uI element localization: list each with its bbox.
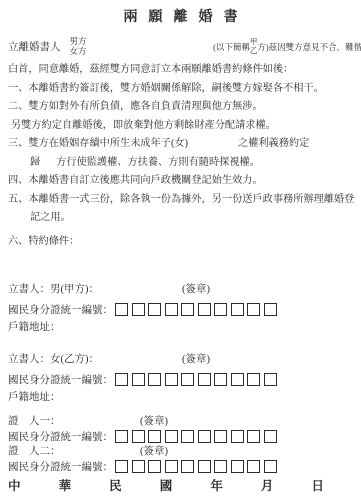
abbr-stack: 甲 乙: [250, 38, 258, 55]
witness1-row: 證 人一： (簽章): [8, 414, 353, 429]
clause-2-continued: 另雙方約定自離婚後，即放棄對他方剩餘財產分配請求權。: [8, 117, 353, 136]
address-label: 戶籍地址：: [8, 392, 61, 403]
divorce-agreement-document: 兩願離婚書 立離婚書人 男方 女方 (以下簡稱 甲 乙 方)茲因雙方意見不合，難…: [0, 0, 361, 500]
date-char-month: 月: [261, 477, 274, 495]
date-char-day: 日: [311, 477, 324, 495]
id-digit-box: [148, 373, 161, 386]
clause-3-text: 三、雙方在婚姻存續中所生未成年子(女): [8, 138, 188, 149]
id-digit-box: [165, 373, 178, 386]
id-digit-box: [198, 303, 211, 316]
id-number-label: 國民身分證統一編號：: [8, 372, 113, 387]
male-signer-label: 立書人：男(甲方)：: [8, 284, 99, 295]
id-digit-box: [165, 460, 178, 473]
id-number-label: 國民身分證統一編號：: [8, 429, 113, 444]
witness1-label: 證 人一：: [8, 416, 61, 427]
id-digit-box: [115, 373, 128, 386]
id-digit-box: [231, 303, 244, 316]
parties-header: 立離婚書人 男方 女方 (以下簡稱 甲 乙 方)茲因雙方意見不合，難偕: [8, 34, 353, 58]
id-digit-box: [165, 430, 178, 443]
male-signer-row: 立書人：男(甲方)： (簽章): [8, 282, 353, 298]
id-digit-box: [214, 373, 227, 386]
date-char-guo: 國: [160, 477, 173, 495]
id-digit-box: [198, 460, 211, 473]
preamble-line: 白首，同意離婚，茲經雙方同意訂立本兩願離婚書約條件如後：: [8, 61, 353, 80]
maker-section: 立離婚書人 男方 女方: [8, 36, 87, 56]
clause-1: 一、本離婚書約簽訂後，雙方婚姻關係解除，嗣後雙方嫁娶各不相干。: [8, 80, 353, 99]
address-label: 戶籍地址：: [8, 322, 61, 333]
abbr-prefix: (以下簡稱: [213, 41, 250, 53]
seal-label: (簽章): [182, 352, 210, 368]
clause-6: 六、特約條件：: [8, 233, 353, 252]
id-digit-box: [214, 430, 227, 443]
clause-3-line2: 歸方行使監護權、方扶養、方則有隨時探視權。: [8, 154, 353, 173]
seal-label: (簽章): [140, 414, 168, 429]
abbr-female-label: 乙: [250, 47, 258, 56]
maker-label: 立離婚書人: [8, 39, 61, 54]
abbreviation-note: (以下簡稱 甲 乙 方)茲因雙方意見不合，難偕: [213, 38, 361, 55]
id-digit-box: [214, 303, 227, 316]
id-digit-box: [115, 303, 128, 316]
id-digit-box: [231, 430, 244, 443]
clause-2: 二、雙方如對外有所負債，應各自負責清理與他方無涉。: [8, 98, 353, 117]
witness2-row: 證 人二： (簽章): [8, 444, 353, 459]
id-digit-box: [132, 430, 145, 443]
party-male-label: 男方: [70, 36, 87, 46]
id-boxes: [115, 373, 280, 386]
female-address-row: 戶籍地址：: [8, 390, 353, 406]
id-digit-box: [181, 303, 194, 316]
id-digit-box: [132, 303, 145, 316]
id-boxes: [115, 460, 280, 473]
signature-section: 立書人：男(甲方)： (簽章) 國民身分證統一編號： 戶籍地址： 立書人：女(乙…: [8, 282, 353, 474]
id-digit-box: [247, 460, 260, 473]
id-digit-box: [148, 460, 161, 473]
id-digit-box: [231, 460, 244, 473]
clause-3-custody-text: 方行使監護權、方扶養、方則有隨時探視權。: [56, 157, 260, 168]
id-boxes: [115, 430, 280, 443]
clause-3-custody-prefix: 歸: [30, 157, 40, 168]
seal-label: (簽章): [182, 282, 210, 298]
id-digit-box: [264, 460, 277, 473]
date-char-zhong: 中: [8, 477, 21, 495]
id-digit-box: [264, 430, 277, 443]
id-digit-box: [264, 303, 277, 316]
clause-4: 四、本離婚書自訂立後應共同向戶政機關登記始生效力。: [8, 172, 353, 191]
date-char-year: 年: [210, 477, 223, 495]
id-digit-box: [247, 303, 260, 316]
party-stack: 男方 女方: [70, 36, 87, 56]
id-digit-box: [148, 303, 161, 316]
witness2-label: 證 人二：: [8, 446, 61, 457]
id-digit-box: [247, 373, 260, 386]
document-title: 兩願離婚書: [8, 9, 353, 27]
agreement-body: 白首，同意離婚，茲經雙方同意訂立本兩願離婚書約條件如後： 一、本離婚書約簽訂後，…: [8, 61, 353, 251]
id-digit-box: [148, 430, 161, 443]
party-female-label: 女方: [70, 46, 87, 56]
id-digit-box: [181, 430, 194, 443]
date-char-hua: 華: [59, 477, 72, 495]
abbr-suffix: 方)茲因雙方意見不合，難偕: [257, 41, 361, 53]
id-digit-box: [132, 373, 145, 386]
date-char-min: 民: [109, 477, 122, 495]
id-number-label: 國民身分證統一編號：: [8, 459, 113, 474]
id-digit-box: [132, 460, 145, 473]
male-id-row: 國民身分證統一編號：: [8, 298, 353, 320]
id-digit-box: [231, 373, 244, 386]
clause-5: 五、本離婚書一式三份，除各執一份為據外，另一份送戶政事務所辦理離婚登: [8, 191, 353, 210]
female-id-row: 國民身分證統一編號：: [8, 368, 353, 390]
witness1-id-row: 國民身分證統一編號：: [8, 429, 353, 444]
id-digit-box: [115, 430, 128, 443]
clause-5-continued: 記之用。: [8, 209, 353, 228]
id-digit-box: [181, 460, 194, 473]
id-digit-box: [198, 373, 211, 386]
clause-3-text-right: 之權利義務約定: [238, 138, 309, 149]
id-digit-box: [264, 373, 277, 386]
id-number-label: 國民身分證統一編號：: [8, 302, 113, 317]
witness2-id-row: 國民身分證統一編號：: [8, 459, 353, 474]
id-boxes: [115, 303, 280, 316]
id-digit-box: [181, 373, 194, 386]
female-signer-row: 立書人：女(乙方)： (簽章): [8, 352, 353, 368]
roc-date-line: 中 華 民 國 年 月 日: [8, 477, 324, 495]
seal-label: (簽章): [140, 444, 168, 459]
clause-3-line1: 三、雙方在婚姻存續中所生未成年子(女)之權利義務約定: [8, 135, 353, 154]
id-digit-box: [198, 430, 211, 443]
id-digit-box: [115, 460, 128, 473]
female-signer-label: 立書人：女(乙方)：: [8, 354, 99, 365]
id-digit-box: [165, 303, 178, 316]
id-digit-box: [247, 430, 260, 443]
male-address-row: 戶籍地址：: [8, 320, 353, 336]
id-digit-box: [214, 460, 227, 473]
